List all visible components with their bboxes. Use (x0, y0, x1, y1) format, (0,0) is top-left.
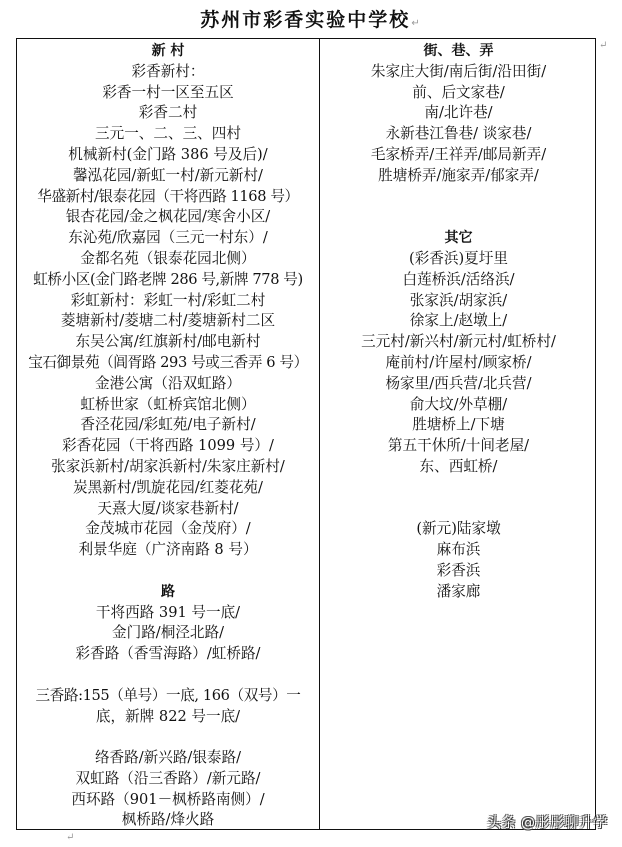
blank-line (320, 207, 597, 228)
list-item: 彩香新村： (17, 62, 319, 83)
blank-line (320, 499, 597, 520)
list-item: 西环路（901－枫桥路南侧）/ (17, 790, 319, 811)
blank-line (17, 727, 319, 748)
list-item: 彩香二村 (17, 103, 319, 124)
blank-line (17, 665, 319, 686)
list-item: 三元村/新兴村/新元村/虹桥村/ (320, 332, 597, 353)
list-item: 机械新村(金门路 386 号及后)/ (17, 145, 319, 166)
list-item: 毛家桥弄/王祥弄/邮局新弄/ (320, 145, 597, 166)
list-item: 庵前村/许屋村/顾家桥/ (320, 353, 597, 374)
roads-list: 干将西路 391 号一底/ 金门路/桐泾北路/ 彩香路（香雪海路）/虹桥路/ 三… (17, 603, 319, 832)
list-item: 徐家上/赵墩上/ (320, 311, 597, 332)
list-item: 利景华庭（广济南路 8 号） (17, 540, 319, 561)
list-item: 东、西虹桥/ (320, 457, 597, 478)
district-table: 新 村 彩香新村： 彩香一村一区至五区 彩香二村 三元一、二、三、四村 机械新村… (16, 38, 596, 830)
list-item: 华盛新村/银泰花园（干将西路 1168 号） (17, 187, 319, 208)
paragraph-mark-icon: ↵ (411, 18, 421, 29)
others-list: (彩香浜)夏圩里 白莲桥浜/活络浜/ 张家浜/胡家浜/ 徐家上/赵墩上/ 三元村… (320, 249, 597, 478)
list-item: 金门路/桐泾北路/ (17, 623, 319, 644)
list-item: 金都名苑（银泰花园北侧） (17, 249, 319, 270)
villages-header: 新 村 (17, 41, 319, 62)
xinyuan-list: (新元)陆家墩 麻布浜 彩香浜 潘家廊 (320, 519, 597, 602)
list-item: 三元一、二、三、四村 (17, 124, 319, 145)
list-item: 白莲桥浜/活络浜/ (320, 270, 597, 291)
list-item: 炭黑新村/凯旋花园/红菱花苑/ (17, 478, 319, 499)
list-item: 东吴公寓/红旗新村/邮电新村 (17, 332, 319, 353)
list-item: 张家浜/胡家浜/ (320, 291, 597, 312)
list-item: 络香路/新兴路/银泰路/ (17, 748, 319, 769)
list-item: 第五干休所/十间老屋/ (320, 436, 597, 457)
list-item: 虹桥世家（虹桥宾馆北侧） (17, 395, 319, 416)
blank-line (320, 187, 597, 208)
roads-header: 路 (17, 582, 319, 603)
list-item: 三香路:155（单号）一底, 166（双号）一 (17, 686, 319, 707)
others-header: 其它 (320, 228, 597, 249)
list-item: 天熹大厦/谈家巷新村/ (17, 499, 319, 520)
list-item: 底，新牌 822 号一底/ (17, 707, 319, 728)
watermark: 头条 @彤彤聊升学 (487, 812, 608, 832)
paragraph-mark-icon: ↵ (66, 832, 74, 843)
left-column: 新 村 彩香新村： 彩香一村一区至五区 彩香二村 三元一、二、三、四村 机械新村… (17, 41, 319, 831)
list-item: 俞大坟/外草棚/ (320, 395, 597, 416)
list-item: 潘家廊 (320, 582, 597, 603)
blank-line (320, 478, 597, 499)
list-item: 彩香一村一区至五区 (17, 83, 319, 104)
right-column: 街、巷、弄 朱家庄大街/南后街/沿田街/ 前、后文家巷/ 南/北许巷/ 永新巷江… (320, 41, 597, 603)
list-item: 馨泓花园/新虹一村/新元新村/ (17, 166, 319, 187)
list-item: 彩香路（香雪海路）/虹桥路/ (17, 644, 319, 665)
list-item: 前、后文家巷/ (320, 83, 597, 104)
list-item: 胜塘桥弄/施家弄/郁家弄/ (320, 166, 597, 187)
list-item: (彩香浜)夏圩里 (320, 249, 597, 270)
list-item: 菱塘新村/菱塘二村/菱塘新村二区 (17, 311, 319, 332)
list-item: 彩香浜 (320, 561, 597, 582)
villages-list: 彩香新村： 彩香一村一区至五区 彩香二村 三元一、二、三、四村 机械新村(金门路… (17, 62, 319, 561)
list-item: 双虹路（沿三香路）/新元路/ (17, 769, 319, 790)
list-item: 麻布浜 (320, 540, 597, 561)
list-item: 彩香花园（干将西路 1099 号）/ (17, 436, 319, 457)
list-item: (新元)陆家墩 (320, 519, 597, 540)
paragraph-mark-icon: ↵ (599, 40, 607, 51)
list-item: 宝石御景苑（阊胥路 293 号或三香弄 6 号） (17, 353, 319, 374)
list-item: 南/北许巷/ (320, 103, 597, 124)
list-item: 金茂城市花园（金茂府）/ (17, 519, 319, 540)
streets-list: 朱家庄大街/南后街/沿田街/ 前、后文家巷/ 南/北许巷/ 永新巷江鲁巷/ 谈家… (320, 62, 597, 187)
school-name: 苏州市彩香实验中学校 (200, 9, 410, 31)
list-item: 杨家里/西兵营/北兵营/ (320, 374, 597, 395)
streets-header: 街、巷、弄 (320, 41, 597, 62)
list-item: 干将西路 391 号一底/ (17, 603, 319, 624)
list-item: 朱家庄大街/南后街/沿田街/ (320, 62, 597, 83)
list-item: 东沁苑/欣嘉园（三元一村东）/ (17, 228, 319, 249)
list-item: 枫桥路/烽火路 (17, 810, 319, 831)
blank-line (17, 561, 319, 582)
list-item: 胜塘桥上/下塘 (320, 415, 597, 436)
page-title: 苏州市彩香实验中学校↵ (0, 6, 622, 38)
list-item: 张家浜新村/胡家浜新村/朱家庄新村/ (17, 457, 319, 478)
list-item: 彩虹新村：彩虹一村/彩虹二村 (17, 291, 319, 312)
list-item: 金港公寓（沿双虹路） (17, 374, 319, 395)
list-item: 虹桥小区(金门路老牌 286 号,新牌 778 号) (17, 270, 319, 291)
list-item: 银杏花园/金之枫花园/寒舍小区/ (17, 207, 319, 228)
list-item: 香泾花园/彩虹苑/电子新村/ (17, 415, 319, 436)
list-item: 永新巷江鲁巷/ 谈家巷/ (320, 124, 597, 145)
